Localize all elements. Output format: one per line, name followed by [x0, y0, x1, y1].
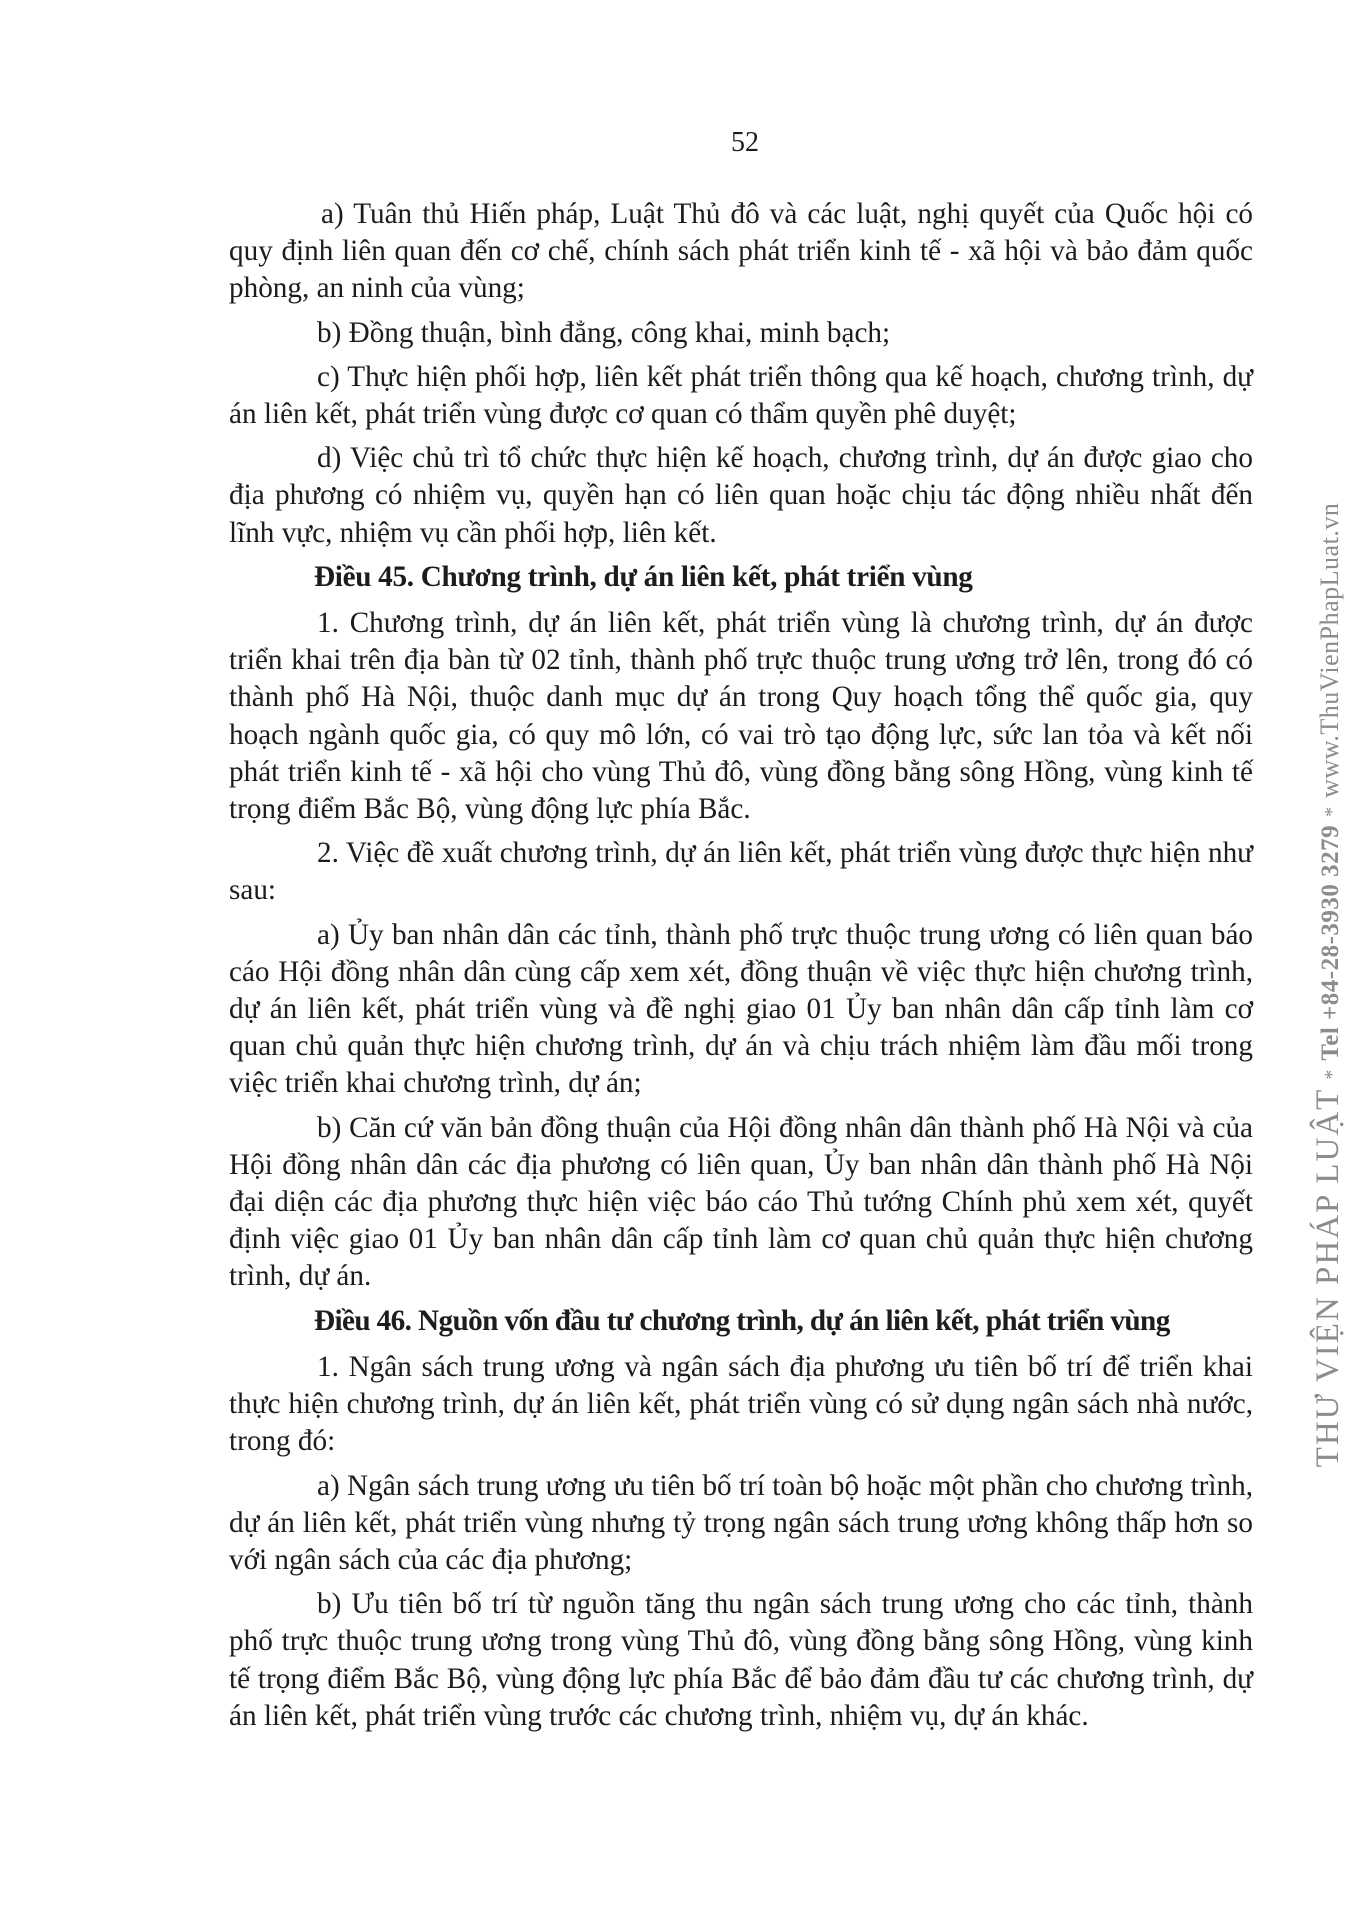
paragraph-principle-a: a) Tuân thủ Hiến pháp, Luật Thủ đô và cá… [229, 196, 1253, 308]
document-body: a) Tuân thủ Hiến pháp, Luật Thủ đô và cá… [229, 196, 1253, 1742]
paragraph-principle-b: b) Đồng thuận, bình đẳng, công khai, min… [229, 315, 1253, 352]
article-46-clause-1: 1. Ngân sách trung ương và ngân sách địa… [229, 1349, 1253, 1461]
paragraph-principle-d: d) Việc chủ trì tổ chức thực hiện kế hoạ… [229, 440, 1253, 552]
article-45-heading: Điều 45. Chương trình, dự án liên kết, p… [229, 559, 1253, 596]
watermark-star-icon: * [1321, 806, 1343, 817]
watermark-star-icon: * [1321, 1069, 1343, 1080]
article-45-clause-1: 1. Chương trình, dự án liên kết, phát tr… [229, 605, 1253, 828]
watermark-url: www.ThuVienPhapLuat.vn [1315, 503, 1344, 798]
article-45-clause-2b: b) Căn cứ văn bản đồng thuận của Hội đồn… [229, 1110, 1253, 1296]
article-45-clause-2: 2. Việc đề xuất chương trình, dự án liên… [229, 835, 1253, 909]
article-45-clause-2a: a) Ủy ban nhân dân các tỉnh, thành phố t… [229, 917, 1253, 1103]
article-46-clause-1a: a) Ngân sách trung ương ưu tiên bố trí t… [229, 1468, 1253, 1580]
article-46-clause-1b: b) Ưu tiên bố trí từ nguồn tăng thu ngân… [229, 1586, 1253, 1735]
paragraph-principle-c: c) Thực hiện phối hợp, liên kết phát tri… [229, 359, 1253, 433]
watermark: THƯ VIỆN PHÁP LUẬT*Tel +84-28-3930 3279*… [1311, 503, 1349, 1468]
watermark-brand: THƯ VIỆN PHÁP LUẬT [1310, 1088, 1346, 1468]
watermark-tel: Tel +84-28-3930 3279 [1317, 825, 1344, 1061]
page-number: 52 [0, 126, 1357, 160]
article-46-heading: Điều 46. Nguồn vốn đầu tư chương trình, … [229, 1303, 1253, 1340]
